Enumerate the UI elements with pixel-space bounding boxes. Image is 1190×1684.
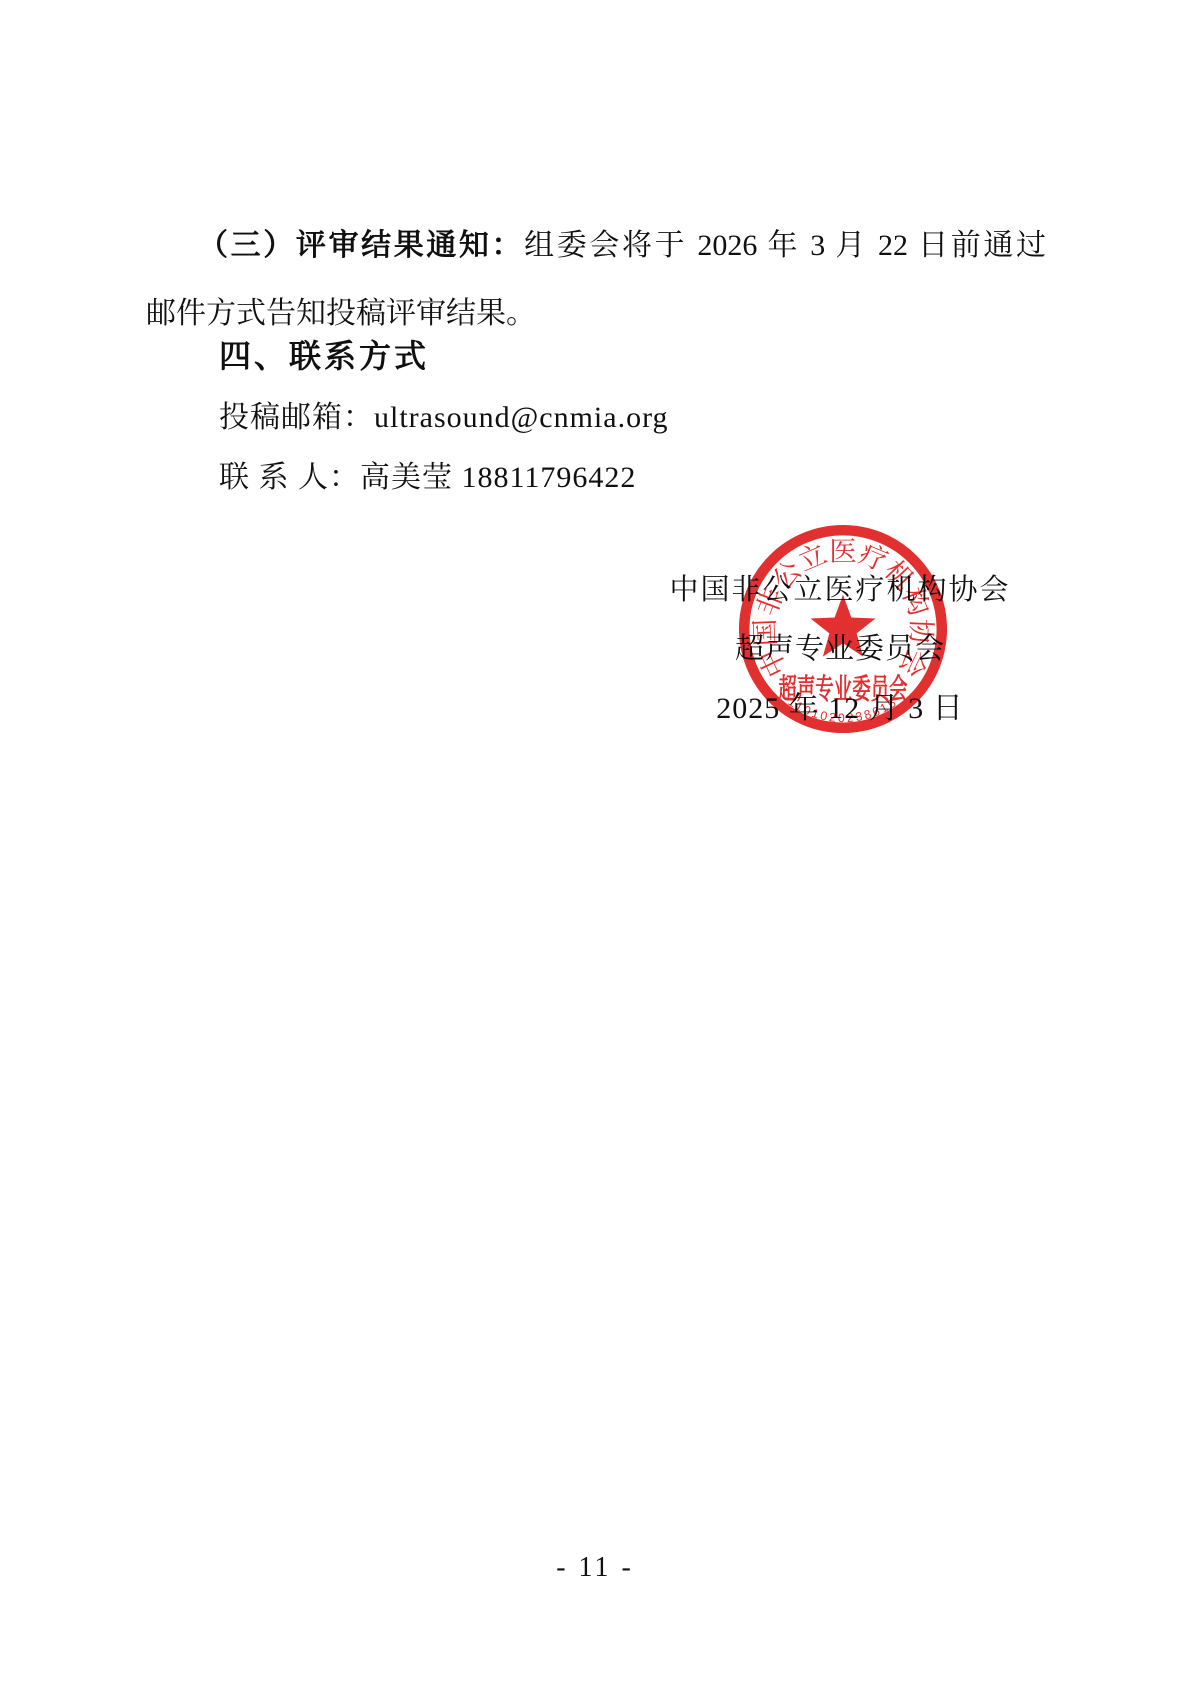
signature-org-line2: 超声专业委员会	[600, 620, 1080, 679]
review-result-paragraph: （三）评审结果通知：组委会将于 2026 年 3 月 22 日前通过 邮件方式告…	[146, 212, 1046, 348]
paragraph-line-1: （三）评审结果通知：组委会将于 2026 年 3 月 22 日前通过	[146, 212, 1046, 280]
contact-person-line: 联 系 人：高美莹 18811796422	[219, 452, 636, 496]
paragraph-bold-lead: （三）评审结果通知：	[198, 229, 524, 262]
page-number: - 11 -	[0, 1552, 1190, 1584]
submission-email-line: 投稿邮箱：ultrasound@cnmia.org	[219, 392, 669, 436]
signature-block: 中国非公立医疗机构协会 超声专业委员会 2025 年 12 月 3 日	[600, 561, 1080, 738]
signature-org-line1: 中国非公立医疗机构协会	[600, 561, 1080, 620]
contact-label: 联 系 人：	[219, 461, 360, 494]
document-page: （三）评审结果通知：组委会将于 2026 年 3 月 22 日前通过 邮件方式告…	[0, 0, 1190, 1684]
email-value: ultrasound@cnmia.org	[374, 401, 669, 434]
signature-date: 2025 年 12 月 3 日	[600, 679, 1080, 738]
email-label: 投稿邮箱：	[219, 401, 374, 434]
contact-section-heading: 四、联系方式	[219, 331, 429, 377]
contact-value: 高美莹 18811796422	[360, 461, 636, 494]
paragraph-line1-text: 组委会将于 2026 年 3 月 22 日前通过	[524, 229, 1046, 262]
